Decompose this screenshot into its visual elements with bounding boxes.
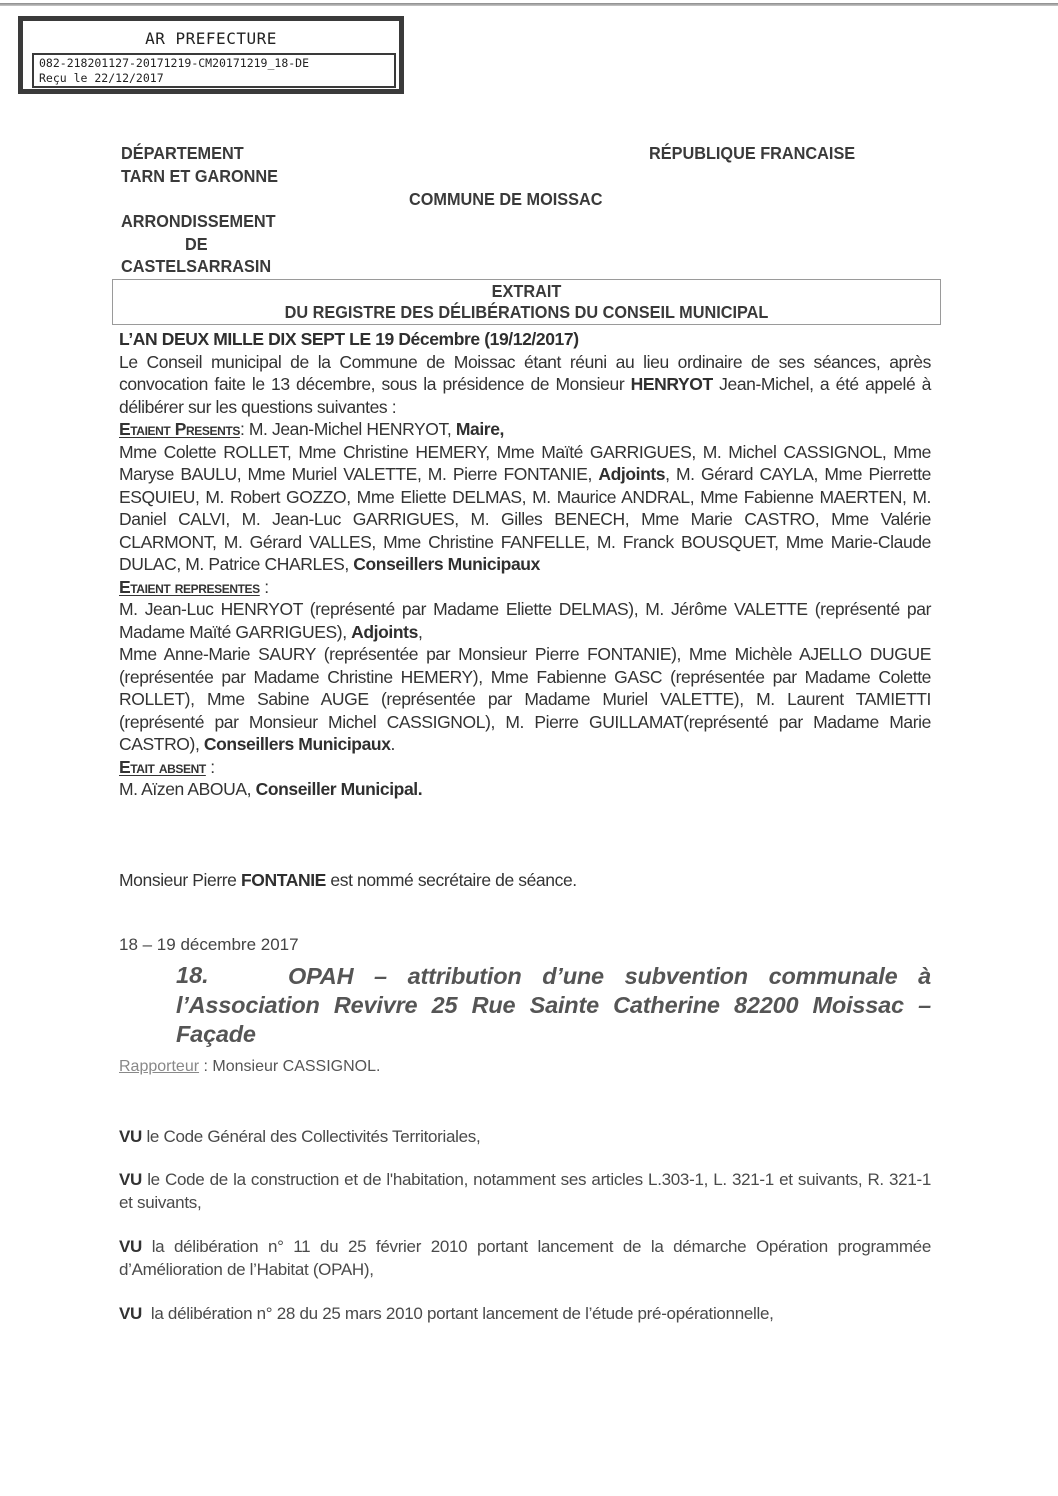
represented-label: Etaient representes (119, 577, 260, 597)
session-date-heading: L’AN DEUX MILLE DIX SEPT LE 19 Décembre … (119, 329, 579, 349)
consideration-item: VU la délibération n° 28 du 25 mars 2010… (119, 1303, 931, 1326)
department-label: DÉPARTEMENT (121, 143, 244, 164)
consideration-item: VU le Code Général des Collectivités Ter… (119, 1126, 931, 1149)
rapporteur-value: : Monsieur CASSIGNOL. (199, 1058, 380, 1075)
consideration-item: VU le Code de la construction et de l'ha… (119, 1169, 931, 1214)
session-record: L’AN DEUX MILLE DIX SEPT LE 19 Décembre … (119, 328, 931, 801)
stamp-details: 082-218201127-20171219-CM20171219_18-DE … (32, 53, 396, 88)
present-label: Etaient Presents (119, 419, 240, 439)
absent-heading: Etait absent : (119, 756, 931, 779)
commune-name: COMMUNE DE MOISSAC (409, 189, 602, 210)
department-name: TARN ET GARONNE (121, 166, 278, 187)
stamp-title: AR PREFECTURE (23, 29, 399, 48)
absent-members: M. Aïzen ABOUA, Conseiller Municipal. (119, 778, 931, 801)
scan-top-edge (0, 3, 1058, 6)
rapporteur-line: Rapporteur : Monsieur CASSIGNOL. (119, 1058, 380, 1076)
consideration-item: VU la délibération n° 11 du 25 février 2… (119, 1236, 931, 1281)
rapporteur-label: Rapporteur (119, 1058, 199, 1075)
stamp-received-date: Reçu le 22/12/2017 (39, 71, 389, 86)
arrondissement-name: CASTELSARRASIN (121, 256, 271, 277)
present-adjoints-conseillers: Mme Colette ROLLET, Mme Christine HEMERY… (119, 441, 931, 576)
stamp-reference: 082-218201127-20171219-CM20171219_18-DE (39, 56, 389, 71)
extract-subtitle: DU REGISTRE DES DÉLIBÉRATIONS DU CONSEIL… (142, 302, 911, 323)
prefecture-stamp: AR PREFECTURE 082-218201127-20171219-CM2… (18, 16, 404, 94)
present-members: Etaient Presents: M. Jean-Michel HENRYOT… (119, 418, 931, 441)
secretary-statement: Monsieur Pierre FONTANIE est nommé secré… (119, 869, 931, 892)
item-title: OPAH – attribution d’une subvention comm… (176, 962, 931, 1049)
extract-title: EXTRAIT (142, 281, 911, 302)
absent-label: Etait absent (119, 757, 206, 777)
extract-heading-box: EXTRAIT DU REGISTRE DES DÉLIBÉRATIONS DU… (112, 279, 941, 325)
represented-adjoints: M. Jean-Luc HENRYOT (représenté par Mada… (119, 598, 931, 643)
item-date: 18 – 19 décembre 2017 (119, 935, 299, 955)
arrondissement-label: ARRONDISSEMENT (121, 211, 276, 232)
session-intro: Le Conseil municipal de la Commune de Mo… (119, 351, 931, 419)
republic-label: RÉPUBLIQUE FRANCAISE (649, 143, 855, 164)
arrondissement-de: DE (185, 234, 208, 255)
represented-heading: Etaient representes : (119, 576, 931, 599)
represented-conseillers: Mme Anne-Marie SAURY (représentée par Mo… (119, 643, 931, 756)
